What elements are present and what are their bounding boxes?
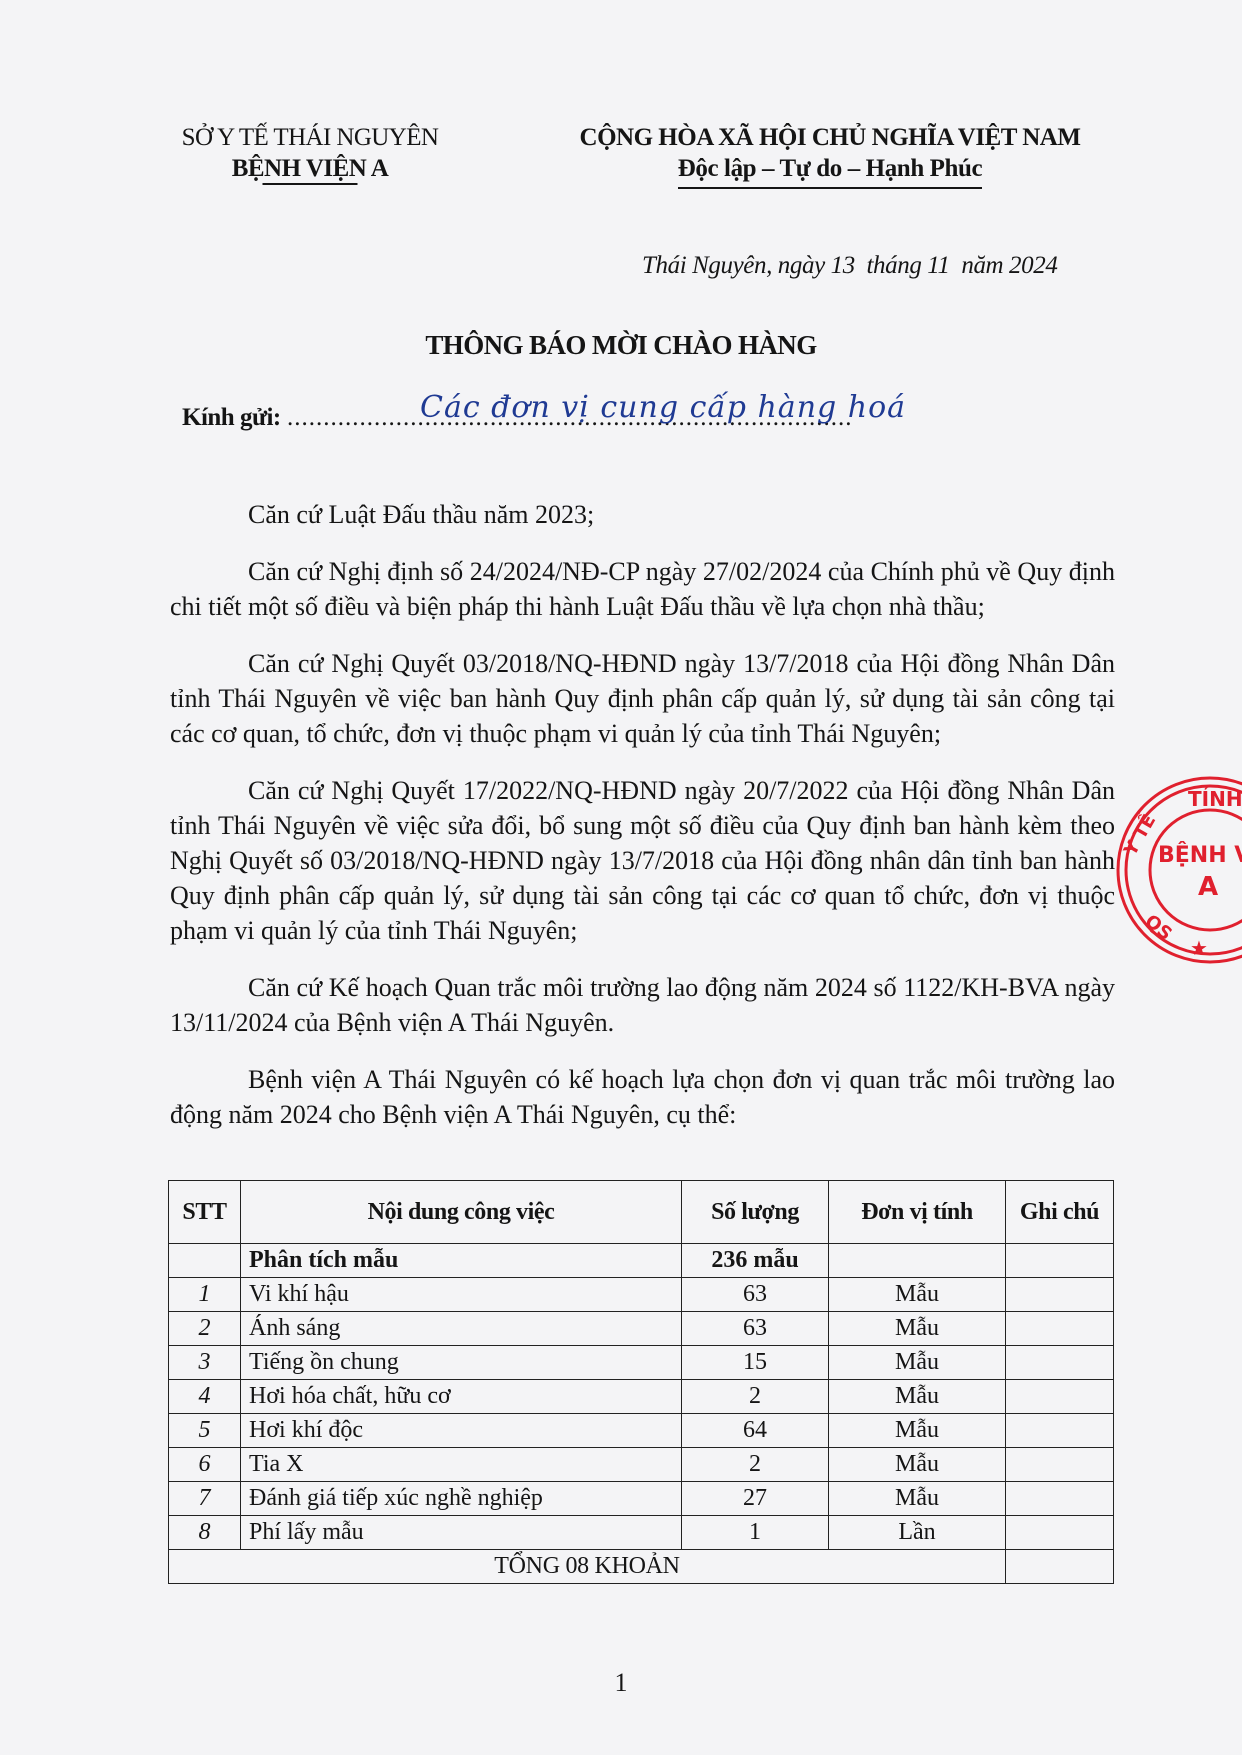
- recipient-handwriting: Các đơn vị cung cấp hàng hoá: [420, 390, 906, 425]
- cell-stt: 5: [169, 1414, 241, 1448]
- cell-note: [1006, 1482, 1114, 1516]
- header-content: Nội dung công việc: [241, 1181, 682, 1244]
- cell-quantity: 15: [682, 1346, 829, 1380]
- cell-unit: Mẫu: [829, 1448, 1006, 1482]
- national-title: CỘNG HÒA XÃ HỘI CHỦ NGHĨA VIỆT NAM: [520, 122, 1140, 153]
- stamp-inner-ring: [1150, 810, 1242, 930]
- paragraph: Căn cứ Luật Đấu thầu năm 2023;: [170, 497, 1115, 532]
- cell-quantity: 27: [682, 1482, 829, 1516]
- cell-content: Tia X: [241, 1448, 682, 1482]
- cell-note: [1006, 1278, 1114, 1312]
- cell-stt: 1: [169, 1278, 241, 1312]
- cell-content: Phân tích mẫu: [241, 1244, 682, 1278]
- cell-content: Đánh giá tiếp xúc nghề nghiệp: [241, 1482, 682, 1516]
- cell-content: Hơi hóa chất, hữu cơ: [241, 1380, 682, 1414]
- cell-note: [1006, 1414, 1114, 1448]
- stamp-center-line1: BỆNH VIỆN: [1158, 841, 1242, 868]
- table-header-row: STT Nội dung công việc Số lượng Đơn vị t…: [169, 1181, 1114, 1244]
- table-row: 6Tia X2Mẫu: [169, 1448, 1114, 1482]
- header-note: Ghi chú: [1006, 1181, 1114, 1244]
- cell-content: Phí lấy mẫu: [241, 1516, 682, 1550]
- cell-unit: Mẫu: [829, 1414, 1006, 1448]
- header-stt: STT: [169, 1181, 241, 1244]
- body-text: Căn cứ Luật Đấu thầu năm 2023; Căn cứ Ng…: [170, 497, 1115, 1132]
- cell-quantity: 2: [682, 1380, 829, 1414]
- cell-note: [1006, 1312, 1114, 1346]
- cell-content: Ánh sáng: [241, 1312, 682, 1346]
- red-seal-stamp: TỈNH Y TẾ BỆNH VIỆN A QS ★: [1110, 770, 1242, 970]
- table-row: 1Vi khí hậu63Mẫu: [169, 1278, 1114, 1312]
- header-right: CỘNG HÒA XÃ HỘI CHỦ NGHĨA VIỆT NAM Độc l…: [520, 122, 1140, 184]
- total-note: [1006, 1550, 1114, 1584]
- total-row: TỔNG 08 KHOẢN: [169, 1550, 1114, 1584]
- cell-stt: [169, 1244, 241, 1278]
- table-row: 4Hơi hóa chất, hữu cơ2Mẫu: [169, 1380, 1114, 1414]
- recipient-label: Kính gửi:: [182, 404, 281, 431]
- stamp-center-line2: A: [1198, 872, 1218, 902]
- cell-stt: 6: [169, 1448, 241, 1482]
- cell-note: [1006, 1346, 1114, 1380]
- cell-quantity: 64: [682, 1414, 829, 1448]
- cell-stt: 3: [169, 1346, 241, 1380]
- cell-quantity: 63: [682, 1312, 829, 1346]
- cell-content: Tiếng ồn chung: [241, 1346, 682, 1380]
- unit-underline: [263, 183, 358, 185]
- cell-quantity: 236 mẫu: [682, 1244, 829, 1278]
- cell-unit: Mẫu: [829, 1482, 1006, 1516]
- cell-content: Vi khí hậu: [241, 1278, 682, 1312]
- paragraph: Căn cứ Nghị định số 24/2024/NĐ-CP ngày 2…: [170, 554, 1115, 624]
- cell-stt: 7: [169, 1482, 241, 1516]
- cell-stt: 2: [169, 1312, 241, 1346]
- cell-quantity: 1: [682, 1516, 829, 1550]
- table-row: 2Ánh sáng63Mẫu: [169, 1312, 1114, 1346]
- table-row: 8Phí lấy mẫu1Lần: [169, 1516, 1114, 1550]
- document-page: SỞ Y TẾ THÁI NGUYÊN BỆNH VIỆN A CỘNG HÒA…: [0, 0, 1242, 1755]
- cell-note: [1006, 1516, 1114, 1550]
- table-row: 5Hơi khí độc64Mẫu: [169, 1414, 1114, 1448]
- work-items-table: STT Nội dung công việc Số lượng Đơn vị t…: [168, 1180, 1114, 1584]
- cell-unit: Mẫu: [829, 1380, 1006, 1414]
- cell-content: Hơi khí độc: [241, 1414, 682, 1448]
- header-unit: Đơn vị tính: [829, 1181, 1006, 1244]
- stamp-top-text: TỈNH: [1188, 786, 1242, 811]
- stamp-star-icon: ★: [1190, 936, 1208, 960]
- cell-note: [1006, 1380, 1114, 1414]
- paragraph: Căn cứ Nghị Quyết 03/2018/NQ-HĐND ngày 1…: [170, 646, 1115, 751]
- table-row: 3Tiếng ồn chung15Mẫu: [169, 1346, 1114, 1380]
- cell-note: [1006, 1244, 1114, 1278]
- header-quantity: Số lượng: [682, 1181, 829, 1244]
- cell-unit: [829, 1244, 1006, 1278]
- cell-unit: Mẫu: [829, 1346, 1006, 1380]
- motto-underline: [678, 187, 983, 189]
- table-row: 7Đánh giá tiếp xúc nghề nghiệp27Mẫu: [169, 1482, 1114, 1516]
- paragraph: Căn cứ Kế hoạch Quan trắc môi trường lao…: [170, 970, 1115, 1040]
- cell-stt: 4: [169, 1380, 241, 1414]
- date-line: Thái Nguyên, ngày 13 tháng 11 năm 2024: [642, 252, 1057, 280]
- cell-unit: Mẫu: [829, 1278, 1006, 1312]
- national-motto: Độc lập – Tự do – Hạnh Phúc: [678, 153, 983, 184]
- total-label: TỔNG 08 KHOẢN: [169, 1550, 1006, 1584]
- unit-name: BỆNH VIỆN A: [232, 153, 389, 184]
- page-number: 1: [0, 1668, 1242, 1698]
- header-left: SỞ Y TẾ THÁI NGUYÊN BỆNH VIỆN A: [150, 122, 470, 184]
- unit-name-text: BỆNH VIỆN A: [232, 155, 389, 182]
- paragraph: Bệnh viện A Thái Nguyên có kế hoạch lựa …: [170, 1062, 1115, 1132]
- cell-unit: Lần: [829, 1516, 1006, 1550]
- cell-unit: Mẫu: [829, 1312, 1006, 1346]
- group-row: Phân tích mẫu 236 mẫu: [169, 1244, 1114, 1278]
- cell-quantity: 63: [682, 1278, 829, 1312]
- paragraph: Căn cứ Nghị Quyết 17/2022/NQ-HĐND ngày 2…: [170, 773, 1115, 948]
- organization-name: SỞ Y TẾ THÁI NGUYÊN: [150, 122, 470, 153]
- cell-stt: 8: [169, 1516, 241, 1550]
- cell-note: [1006, 1448, 1114, 1482]
- motto-text: Độc lập – Tự do – Hạnh Phúc: [678, 155, 983, 182]
- document-title: THÔNG BÁO MỜI CHÀO HÀNG: [0, 330, 1242, 361]
- cell-quantity: 2: [682, 1448, 829, 1482]
